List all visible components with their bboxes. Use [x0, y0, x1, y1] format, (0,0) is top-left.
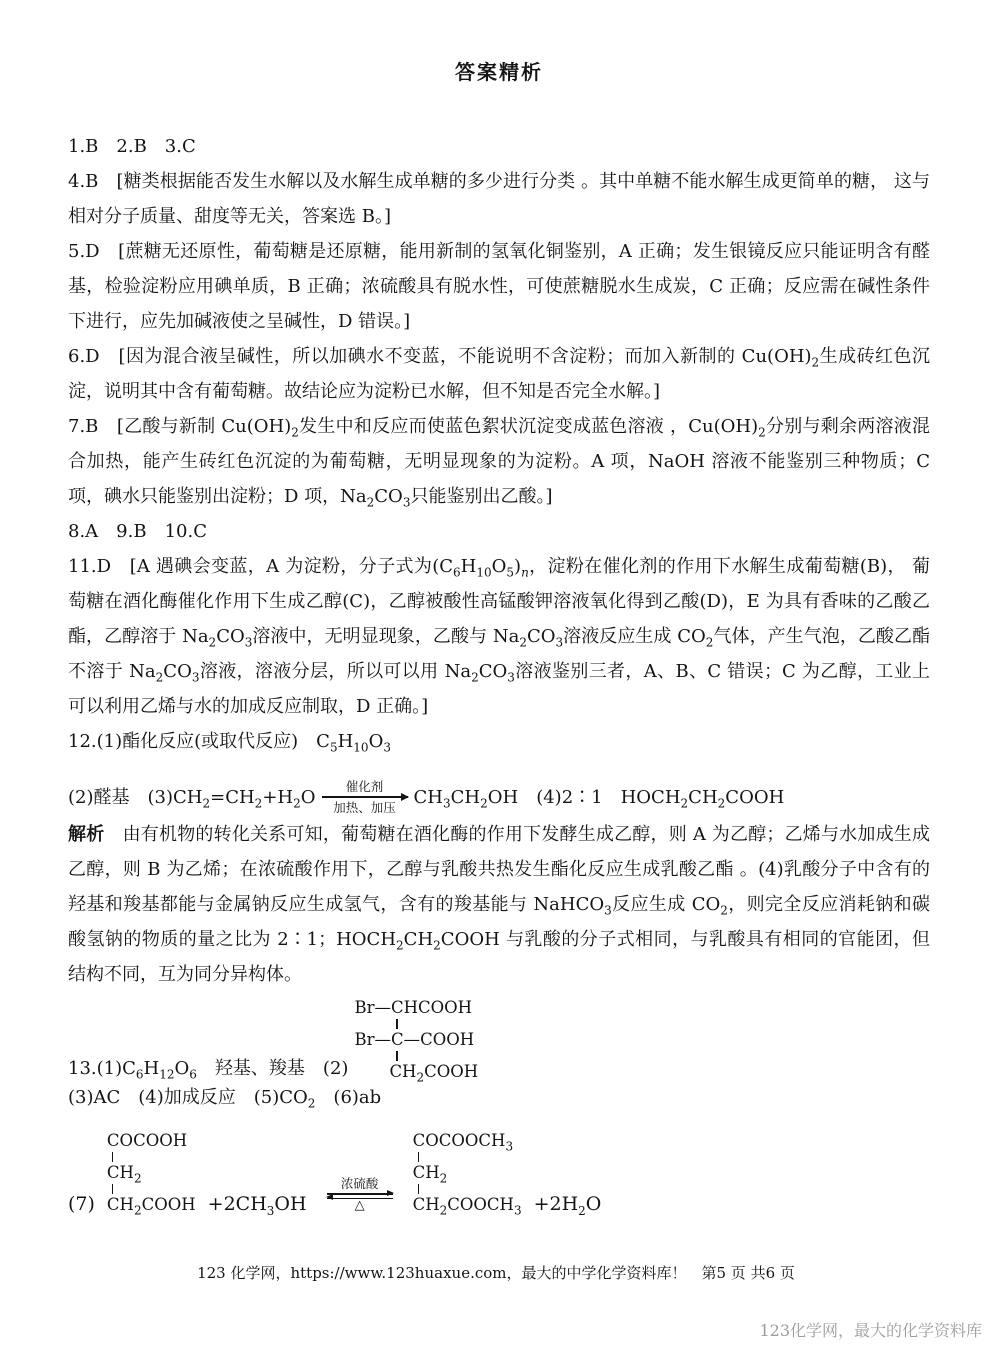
answer-4: 4.B [糖类根据能否发生水解以及水解生成单糖的多少进行分类 。其中单糖不能水解…	[68, 164, 930, 234]
equation-left-text: (2)醛基 (3)CH2=CH2+H2O	[68, 783, 316, 817]
struct-line: CH2COOCH3	[413, 1195, 522, 1215]
bond-vertical-icon	[112, 1152, 113, 1162]
arrow-condition-bottom: 加热、加压	[333, 800, 396, 815]
analysis-body: 由有机物的转化关系可知，葡萄糖在酒化酶的作用下发酵生成乙醇，则 A 为乙醇；乙烯…	[68, 824, 930, 985]
answer-13-part7-reaction: (7) COCOOH CH2 CH2COOH +2CH3OH 浓硫酸 △ COC…	[68, 1131, 930, 1215]
analysis-label: 解析	[68, 824, 104, 845]
answer-13-part1-text: 13.(1)C6H12O6 羟基、羧基 (2)	[68, 1054, 348, 1080]
reaction7-plus-water: +2H2O	[534, 1193, 602, 1215]
answer-12-part1: 12.(1)酯化反应(或取代反应) C5H10O3	[68, 724, 930, 759]
answer-11: 11.D [A 遇碘会变蓝，A 为淀粉，分子式为(C6H10O5)n，淀粉在催化…	[68, 549, 930, 724]
bond-vertical-icon	[112, 1184, 113, 1194]
answer-12-equation: (2)醛基 (3)CH2=CH2+H2O 催化剂 加热、加压 CH3CH2OH …	[68, 759, 930, 817]
answer-7: 7.B [乙酸与新制 Cu(OH)2发生中和反应而使蓝色絮状沉淀变成蓝色溶液 ，…	[68, 409, 930, 514]
answers-8-to-10: 8.A 9.B 10.C	[68, 514, 930, 549]
struct-line: CH2COOH	[107, 1195, 196, 1215]
arrow-line-icon	[322, 796, 408, 798]
bond-vertical-icon	[418, 1184, 419, 1194]
reaction-arrow-forward: 催化剂 加热、加压	[322, 779, 408, 815]
equation-right-text: CH3CH2OH (4)2∶1 HOCH2CH2COOH	[414, 783, 785, 817]
document-content: 答案精析 1.B 2.B 3.C 4.B [糖类根据能否发生水解以及水解生成单糖…	[68, 56, 930, 1215]
struct-line: COCOOCH3	[413, 1131, 522, 1151]
bond-vertical-icon	[418, 1152, 419, 1162]
reaction-arrow-reversible: 浓硫酸 △	[327, 1176, 393, 1215]
structural-formula-diacid: COCOOH CH2 CH2COOH	[107, 1131, 196, 1215]
structural-formula-diester: COCOOCH3 CH2 CH2COOCH3	[413, 1131, 522, 1215]
struct-line: Br—C—COOH	[354, 1030, 478, 1050]
arrow-line-icon	[327, 1193, 393, 1195]
document-page: 答案精析 1.B 2.B 3.C 4.B [糖类根据能否发生水解以及水解生成单糖…	[0, 0, 992, 1347]
answers-1-to-3: 1.B 2.B 3.C	[68, 129, 930, 164]
analysis-paragraph: 解析 由有机物的转化关系可知，葡萄糖在酒化酶的作用下发酵生成乙醇，则 A 为乙醇…	[68, 817, 930, 992]
page-title: 答案精析	[68, 56, 930, 85]
watermark-text: 123化学网，最大的化学资料库	[759, 1318, 982, 1341]
heat-triangle-icon: △	[355, 1199, 365, 1213]
arrow-condition-top: 浓硫酸	[341, 1176, 379, 1191]
struct-line: CH2	[413, 1163, 522, 1183]
bond-vertical-icon	[396, 1051, 397, 1061]
structural-formula-dibromo: Br—CHCOOH Br—C—COOH CH2COOH	[354, 998, 478, 1082]
reaction7-label: (7)	[68, 1193, 95, 1215]
arrow-condition-top: 催化剂	[346, 779, 384, 794]
page-footer: 123 化学网，https://www.123huaxue.com，最大的中学化…	[0, 1262, 992, 1283]
answer-6: 6.D [因为混合液呈碱性，所以加碘水不变蓝，不能说明不含淀粉；而加入新制的 C…	[68, 339, 930, 409]
struct-line: CH2	[107, 1163, 196, 1183]
struct-line: COCOOH	[107, 1131, 196, 1151]
reaction7-plus-methanol: +2CH3OH	[208, 1193, 307, 1215]
answer-13-part3: (3)AC (4)加成反应 (5)CO2 (6)ab	[68, 1080, 930, 1115]
answer-13-part1-row: 13.(1)C6H12O6 羟基、羧基 (2) Br—CHCOOH Br—C—C…	[68, 998, 930, 1080]
answer-5: 5.D [蔗糖无还原性，葡萄糖是还原糖，能用新制的氢氧化铜鉴别，A 正确；发生银…	[68, 234, 930, 339]
struct-line: CH2COOH	[389, 1062, 478, 1082]
bond-vertical-icon	[396, 1019, 397, 1029]
arrow-line-icon	[327, 1198, 393, 1200]
struct-line: Br—CHCOOH	[354, 998, 478, 1018]
